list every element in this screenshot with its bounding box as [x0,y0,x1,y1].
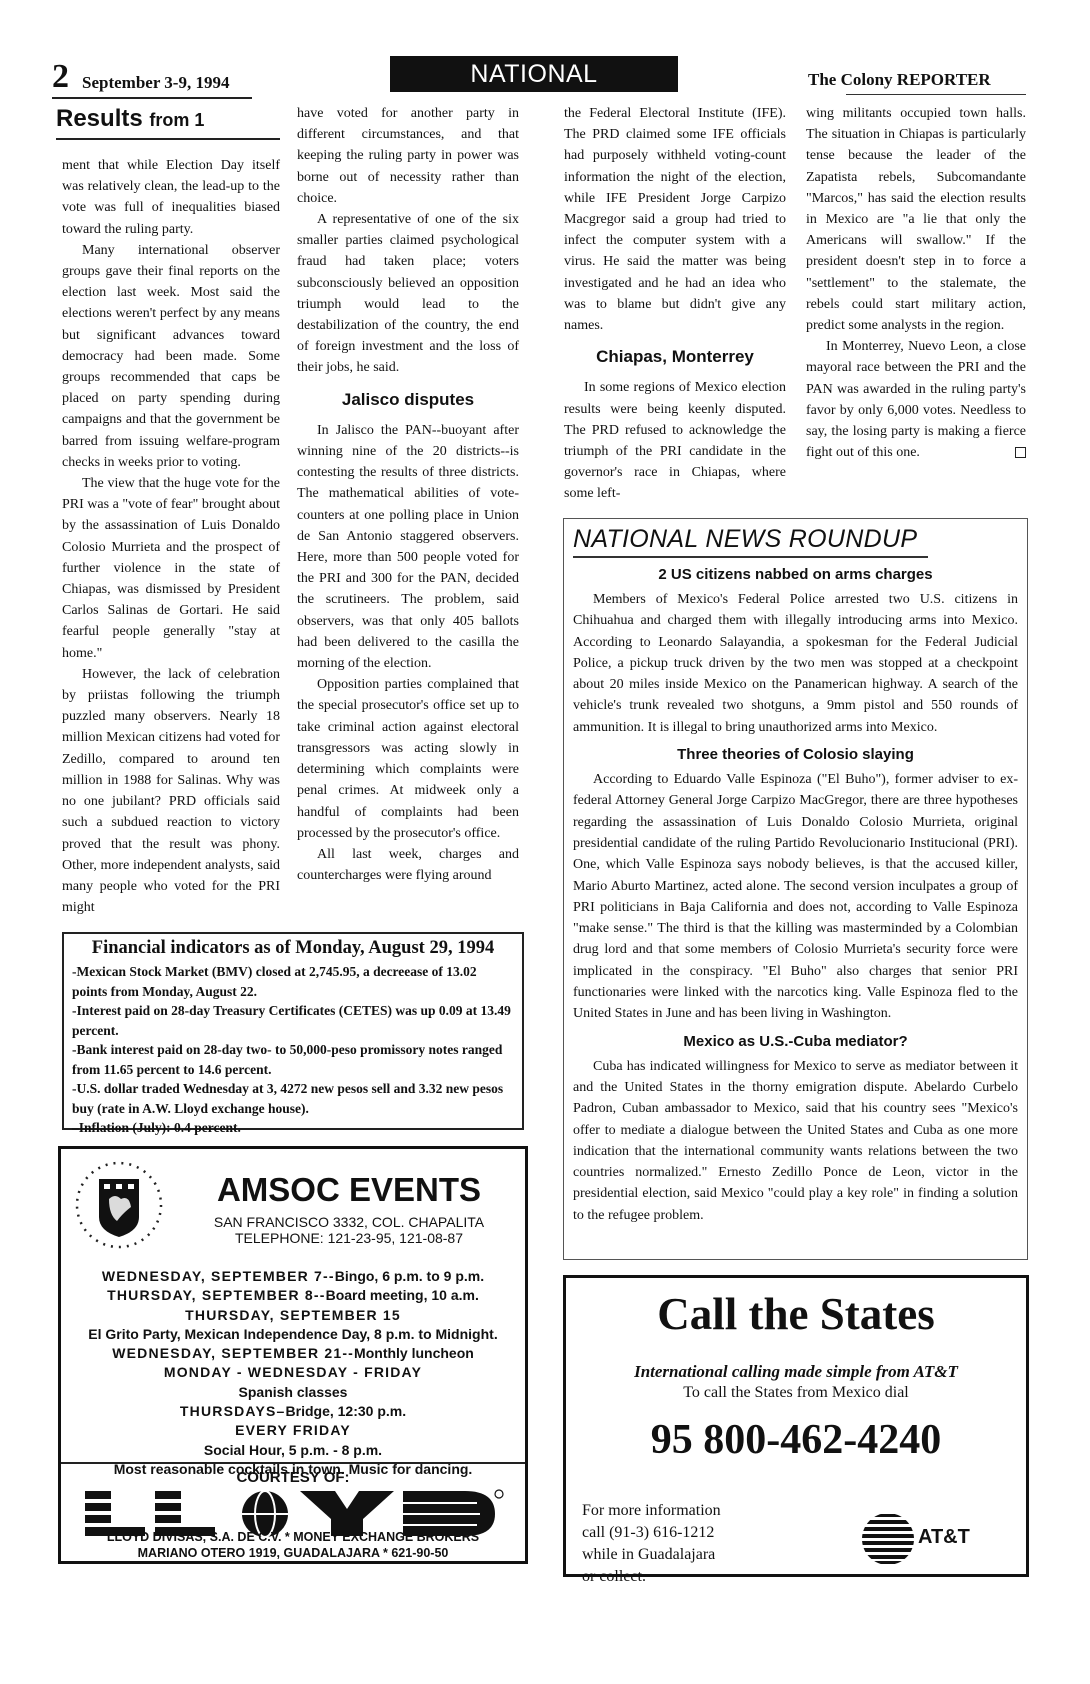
article-column-2: have voted for another party in differen… [297,103,519,886]
subhead-chiapas: Chiapas, Monterrey [564,346,786,367]
financial-item: –Inflation (July): 0.4 percent. [72,1118,514,1138]
address-line: SAN FRANCISCO 3332, COL. CHAPALITA [179,1214,519,1230]
story-body: Cuba has indicated willingness for Mexic… [573,1056,1018,1226]
att-logo-text: AT&T [918,1526,970,1549]
article-headline: Results from 1 [56,105,204,133]
headline-continuation: from 1 [149,110,204,130]
issue-date: September 3-9, 1994 [82,73,229,93]
amsoc-event-list: WEDNESDAY, SEPTEMBER 7--Bingo, 6 p.m. to… [65,1267,521,1479]
courtesy-label: COURTESY OF: [61,1469,525,1486]
paragraph: In some regions of Mexico election resul… [564,377,786,504]
financial-item: -Mexican Stock Market (BMV) closed at 2,… [72,962,514,1001]
info-line: or collect. [582,1566,721,1588]
article-column-1: ment that while Election Day itself was … [62,155,280,918]
story-body: Members of Mexico's Federal Police arres… [573,589,1018,738]
financial-title: Financial indicators as of Monday, Augus… [72,938,514,959]
paragraph-text: In Monterrey, Nuevo Leon, a close mayora… [806,339,1026,460]
roundup-title: NATIONAL NEWS ROUNDUP [573,525,928,558]
financial-item: -Interest paid on 28-day Treasury Certif… [72,1001,514,1040]
paragraph: Many international observer groups gave … [62,240,280,473]
event-item: WEDNESDAY, SEPTEMBER 21--Monthly luncheo… [65,1344,521,1363]
subhead-jalisco: Jalisco disputes [297,389,519,410]
amsoc-crest-icon [73,1159,165,1251]
paragraph: Opposition parties complained that the s… [297,674,519,844]
event-item: THURSDAY, SEPTEMBER 8--Board meeting, 10… [65,1286,521,1305]
event-item: THURSDAY, SEPTEMBER 15 [65,1306,521,1325]
story-headline: 2 US citizens nabbed on arms charges [573,566,1018,583]
info-line: while in Guadalajara [582,1544,721,1566]
story-body: According to Eduardo Valle Espinoza ("El… [573,769,1018,1025]
article-column-4: wing militants occupied town halls. The … [806,103,1026,463]
ad-divider [61,1462,525,1464]
financial-indicators-box: Financial indicators as of Monday, Augus… [62,932,524,1130]
paragraph: In Monterrey, Nuevo Leon, a close mayora… [806,336,1026,463]
sponsor-line-1: LLOYD DIVISAS, S.A. DE C.V. * MONEY EXCH… [61,1529,525,1545]
paragraph: have voted for another party in differen… [297,103,519,209]
page-number: 2 [52,60,69,94]
ad-phone-number: 95 800-462-4240 [566,1416,1026,1464]
sponsor-line-2: MARIANO OTERO 1919, GUADALAJARA * 621-90… [61,1545,525,1561]
story-headline: Three theories of Colosio slaying [573,746,1018,763]
event-item: EVERY FRIDAY [65,1421,521,1440]
article-column-3: the Federal Electoral Institute (IFE). T… [564,103,786,505]
headline-text: Results [56,105,143,132]
att-globe-icon [858,1511,918,1567]
event-item: MONDAY - WEDNESDAY - FRIDAY [65,1363,521,1382]
ad-headline: Call the States [566,1288,1026,1340]
paragraph: The view that the huge vote for the PRI … [62,473,280,664]
telephone-line: TELEPHONE: 121-23-95, 121-08-87 [179,1230,519,1246]
section-banner: NATIONAL [390,56,678,92]
end-of-story-icon [1015,447,1026,458]
masthead-rule [846,94,1026,95]
amsoc-events-ad: AMSOC EVENTS SAN FRANCISCO 3332, COL. CH… [58,1146,528,1564]
ad-tagline: International calling made simple from A… [566,1362,1026,1382]
financial-item: -U.S. dollar traded Wednesday at 3, 4272… [72,1079,514,1118]
att-advertisement: Call the States International calling ma… [563,1275,1029,1577]
paragraph: the Federal Electoral Institute (IFE). T… [564,103,786,336]
sponsor-info: LLOYD DIVISAS, S.A. DE C.V. * MONEY EXCH… [61,1529,525,1561]
paragraph: A representative of one of the six small… [297,209,519,379]
paragraph: In Jalisco the PAN--buoyant after winnin… [297,420,519,674]
amsoc-title: AMSOC EVENTS [179,1171,519,1209]
story-headline: Mexico as U.S.-Cuba mediator? [573,1033,1018,1050]
financial-item: -Bank interest paid on 28-day two- to 50… [72,1040,514,1079]
info-line: call (91-3) 616-1212 [582,1522,721,1544]
publication-name: The Colony REPORTER [808,70,991,90]
info-line: For more information [582,1500,721,1522]
paragraph: However, the lack of celebration by prii… [62,664,280,918]
ad-dial-instructions: To call the States from Mexico dial [566,1384,1026,1402]
event-item: El Grito Party, Mexican Independence Day… [65,1325,521,1344]
paragraph: ment that while Election Day itself was … [62,155,280,240]
event-item: Social Hour, 5 p.m. - 8 p.m. [65,1441,521,1460]
paragraph: wing militants occupied town halls. The … [806,103,1026,336]
paragraph: All last week, charges and countercharge… [297,844,519,886]
event-item: THURSDAYS–Bridge, 12:30 p.m. [65,1402,521,1421]
national-news-roundup: NATIONAL NEWS ROUNDUP 2 US citizens nabb… [563,518,1028,1260]
headline-rule [56,138,280,140]
event-item: WEDNESDAY, SEPTEMBER 7--Bingo, 6 p.m. to… [65,1267,521,1286]
ad-info: For more information call (91-3) 616-121… [582,1500,721,1588]
date-rule [52,97,252,99]
amsoc-address: SAN FRANCISCO 3332, COL. CHAPALITA TELEP… [179,1214,519,1246]
event-item: Spanish classes [65,1383,521,1402]
